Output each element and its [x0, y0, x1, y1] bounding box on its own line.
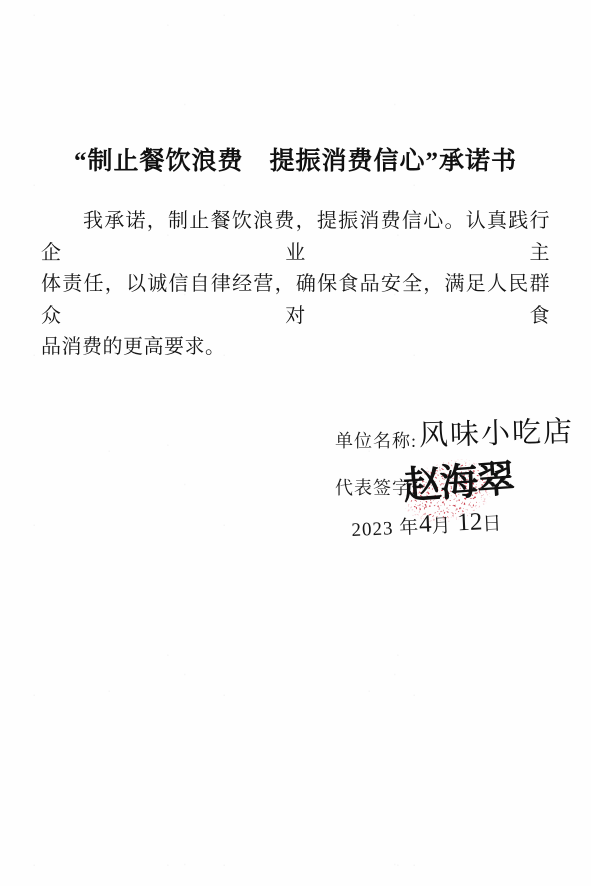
signature-handwriting: 赵海翠	[402, 460, 515, 506]
date-day-unit: 日	[482, 513, 503, 535]
stamp-halo	[396, 458, 502, 524]
date-month-unit: 月	[431, 516, 452, 538]
body-line-1: 我承诺，制止餐饮浪费，提振消费信心。认真践行企业主	[41, 206, 550, 269]
signature-block: 单位名称: 风味小吃店 代表签字: 赵海翠	[0, 0, 591, 886]
body-line-3: 品消费的更高要求。	[41, 332, 550, 364]
document-title: “制止餐饮浪费 提振消费信心”承诺书	[0, 141, 591, 177]
stamp-core	[405, 458, 494, 524]
body-paragraph: 我承诺，制止餐饮浪费，提振消费信心。认真践行企业主 体责任，以诚信自律经营，确保…	[41, 206, 550, 364]
date-year: 2023 年	[351, 517, 420, 541]
date-day-handwritten: 12	[457, 509, 483, 535]
scanned-document-page: “制止餐饮浪费 提振消费信心”承诺书 我承诺，制止餐饮浪费，提振消费信心。认真践…	[0, 0, 591, 886]
date-line: 2023 年4月 12日	[351, 508, 503, 542]
red-fingerprint-stamp-icon	[396, 458, 502, 524]
body-line-2: 体责任，以诚信自律经营，确保食品安全，满足人民群众对食	[41, 269, 550, 332]
date-month-handwritten: 4	[419, 512, 433, 538]
unit-name-handwritten: 风味小吃店	[419, 418, 575, 451]
unit-name-row: 单位名称: 风味小吃店	[335, 427, 574, 453]
representative-signature-row: 代表签字: 赵海翠	[335, 474, 417, 500]
representative-signature-label: 代表签字:	[335, 474, 417, 500]
unit-name-label: 单位名称:	[335, 427, 417, 453]
